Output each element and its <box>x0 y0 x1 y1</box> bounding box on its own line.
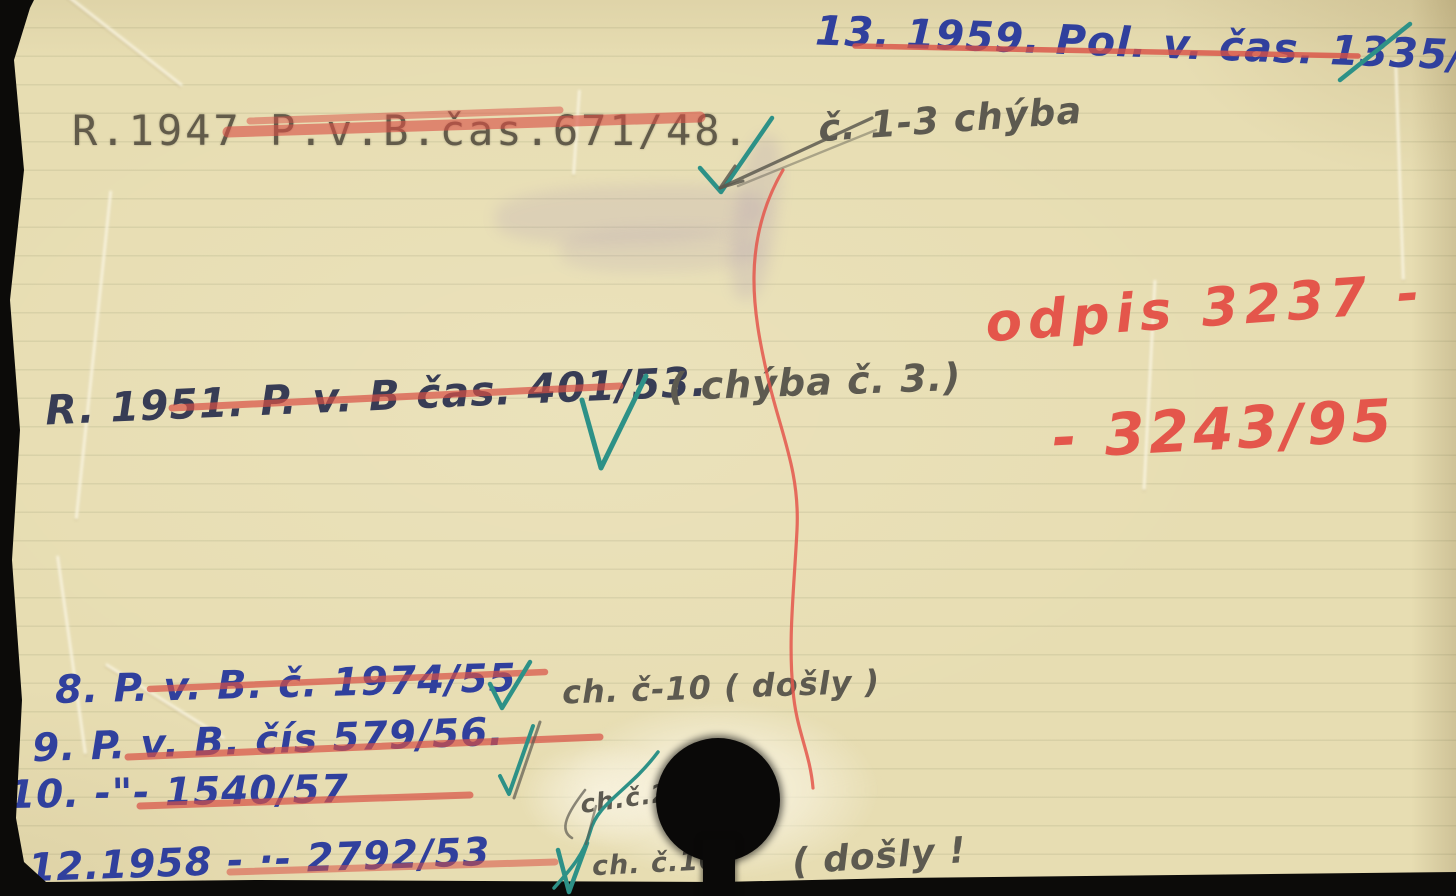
crease <box>75 191 112 520</box>
entry-row: 9. P. v. B. čís 579/56. <box>31 710 505 771</box>
entry-1959: 13. 1959. Pol. v. čas. 1335/60 <box>814 6 1456 81</box>
entry-row: 12.1958 - ·- 2792/53 <box>27 830 491 891</box>
entry-row: 8. P. v. B. č. 1974/55 <box>54 656 517 713</box>
entry-row: 10. -"- 1540/57 <box>8 767 350 818</box>
missing-issues-note-top: č. 1-3 chýba <box>817 89 1084 150</box>
entry-1951: R. 1951. P. v. B čas. 401/53. <box>44 358 708 435</box>
typed-entry-1947: R.1947 P.v.B.čas.671/48. <box>72 106 751 155</box>
crease <box>63 0 183 87</box>
odpis-number-line1: odpis 3237 - <box>983 263 1427 355</box>
missing-issue-note-1951: ( chýba č. 3.) <box>667 355 962 409</box>
odpis-number-line2: - 3243/95 <box>1050 386 1397 472</box>
scanned-card-image: 13. 1959. Pol. v. čas. 1335/60 R.1947 P.… <box>0 0 1456 896</box>
punch-hole-tear <box>703 840 735 896</box>
crease <box>1394 60 1405 280</box>
